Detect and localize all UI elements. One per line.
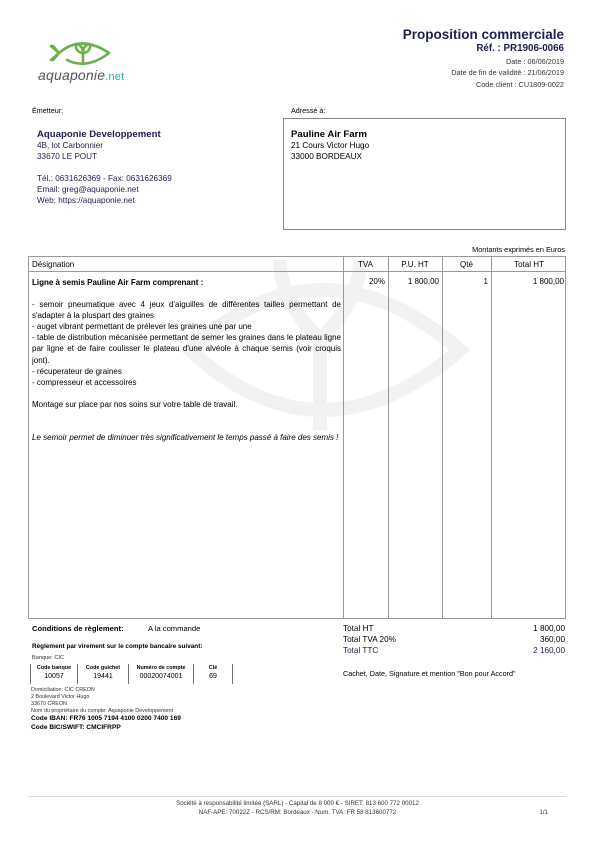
item-line: - récuperateur de graines (32, 366, 341, 377)
sender-phone: Tél.: 0631626369 - Fax: 0631626369 (37, 174, 172, 183)
client-code: Code client : CU1809-0022 (476, 80, 564, 89)
sender-email[interactable]: Email: greg@aquaponie.net (37, 185, 139, 194)
account-number-column: Numéro de compte 00020074001 (128, 664, 193, 684)
footer-legal-line-1: Société à responsabilité limitée (SARL) … (0, 800, 595, 807)
total-ttc-label: Total TTC (343, 646, 378, 655)
total-tva-value: 360,00 (540, 635, 565, 644)
branch-code-value: 19441 (81, 673, 125, 680)
column-header-quantity: Qté (442, 260, 491, 269)
bank-code-label: Code banque (34, 665, 74, 671)
sender-label: Émetteur: (32, 106, 63, 115)
bank-code-value: 10057 (34, 673, 74, 680)
payment-conditions-label: Conditions de règlement: (32, 624, 124, 633)
key-column: Clé 69 (193, 664, 233, 684)
account-number-value: 00020074001 (132, 673, 190, 680)
item-line: - table de distribution mécanisée permet… (32, 332, 341, 365)
bank-code-column: Code banque 10057 (30, 664, 77, 684)
branch-code-label: Code guichet (81, 665, 125, 671)
column-header-designation: Désignation (32, 260, 74, 269)
item-italic-note: Le semoir permet de diminuer très signif… (32, 432, 341, 443)
column-header-total: Total HT (491, 260, 567, 269)
logo-suffix: .net (105, 71, 124, 83)
document-reference: Réf. : PR1906-0066 (476, 43, 564, 54)
item-unit-price: 1 800,00 (388, 277, 439, 286)
document-title: Proposition commerciale (403, 27, 564, 42)
sender-website[interactable]: Web: https://aquaponie.net (37, 196, 135, 205)
recipient-address-1: 21 Cours Victor Hugo (291, 141, 369, 150)
key-value: 69 (197, 673, 229, 680)
total-ht-value: 1 800,00 (533, 624, 565, 633)
column-divider (343, 257, 344, 618)
sender-name: Aquaponie Developpement (37, 129, 161, 140)
bic-code: Code BIC/SWIFT: CMCIFRPP (31, 724, 121, 731)
table-row: Ligne à semis Pauline Air Farm comprenan… (32, 277, 341, 443)
iban-code: Code IBAN: FR76 1005 7194 4100 0200 7400… (31, 715, 181, 722)
recipient-name: Pauline Air Farm (291, 129, 367, 140)
sender-address-2: 33670 LE POUT (37, 152, 97, 161)
bank-address-1: 2 Boulevard Victor Hugo (31, 694, 89, 700)
total-ttc-value: 2 160,00 (533, 646, 565, 655)
bank-transfer-label: Règlement par virement sur le compte ban… (32, 643, 202, 650)
item-tva: 20% (343, 277, 385, 286)
document-date: Date : 06/06/2019 (506, 57, 564, 66)
footer-divider (28, 796, 566, 797)
currency-note: Montants exprimés en Euros (472, 245, 565, 254)
recipient-label: Adressé à: (291, 106, 325, 115)
page-number: 1/1 (539, 809, 548, 816)
sender-address-1: 4B, lot Carbonnier (37, 141, 103, 150)
column-header-tva: TVA (343, 260, 388, 269)
account-owner: Nom du propriétaire du compte: Aquaponie… (31, 708, 173, 714)
bank-address-2: 33670 CREON (31, 701, 67, 707)
branch-code-column: Code guichet 19441 (77, 664, 128, 684)
total-ht-label: Total HT (343, 624, 373, 633)
column-divider (491, 257, 492, 618)
logo-text: aquaponie (38, 67, 105, 83)
total-tva-label: Total TVA 20% (343, 635, 396, 644)
signature-note: Cachet, Date, Signature et mention "Bon … (343, 669, 516, 678)
items-table: Désignation TVA P.U. HT Qté Total HT Lig… (28, 256, 566, 619)
validity-date: Date de fin de validité : 21/06/2019 (451, 68, 564, 77)
item-line: - semoir pneumatique avec 4 jeux d'aigui… (32, 299, 341, 321)
payment-conditions-value: A la commande (148, 624, 200, 633)
fish-sprout-icon (37, 36, 113, 70)
bank-domiciliation: Domiciliation: CIC CREON (31, 687, 95, 693)
column-divider (442, 257, 443, 618)
footer-legal-line-2: NAF-APE: 70022Z - RCS/RM: Bordeaux - Num… (0, 809, 595, 816)
column-header-unit-price: P.U. HT (388, 260, 442, 269)
item-line: - auget vibrant permettant de prélever l… (32, 321, 341, 332)
item-line: - compresseur et accessoires (32, 377, 341, 388)
column-divider (388, 257, 389, 618)
table-header-divider (29, 271, 565, 272)
recipient-address-2: 33000 BORDEAUX (291, 152, 362, 161)
bank-name: Banque: CIC (32, 655, 64, 661)
item-title: Ligne à semis Pauline Air Farm comprenan… (32, 277, 341, 288)
account-number-label: Numéro de compte (132, 665, 190, 671)
logo-wordmark: aquaponie.net (38, 67, 124, 83)
bank-details-table: Code banque 10057 Code guichet 19441 Num… (30, 664, 233, 684)
item-total: 1 800,00 (491, 277, 564, 286)
item-quantity: 1 (442, 277, 488, 286)
key-label: Clé (197, 665, 229, 671)
item-note: Montage sur place par nos soins sur votr… (32, 399, 341, 410)
